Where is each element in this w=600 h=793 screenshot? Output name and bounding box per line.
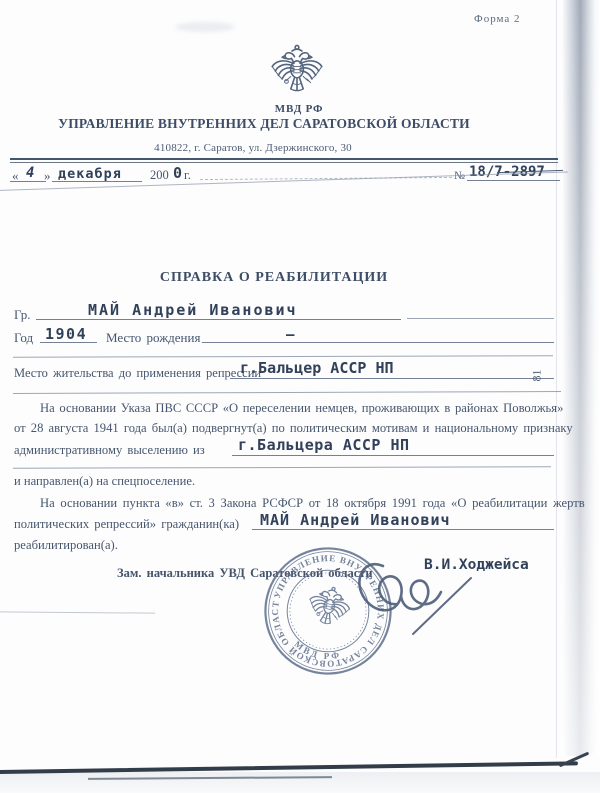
date-year-printed: 200	[150, 168, 169, 183]
date-month-underline	[52, 181, 142, 182]
empty-line-2	[13, 466, 551, 469]
birth-year-underline	[40, 342, 97, 343]
paragraph1-line3-label: административному выселению из	[14, 443, 205, 458]
residence-label: Место жительства до применения репрессии	[14, 366, 261, 381]
bottom-scan-strip	[0, 772, 600, 793]
paragraph1-line2: от 28 августа 1941 года был(а) подвергну…	[14, 421, 573, 436]
artifact-smudge	[175, 22, 235, 32]
header-rule-thick	[10, 158, 558, 160]
page-fold-line	[556, 0, 557, 758]
date-year-suffix: г.	[184, 168, 191, 183]
artifact-stray-line	[0, 611, 155, 613]
header-rule-thin	[10, 162, 558, 163]
separator-line-wavy	[13, 391, 561, 394]
paragraph2-line2-label: политических репрессий» гражданин(ка)	[14, 517, 239, 532]
department-name: УПРАВЛЕНИЕ ВНУТРЕННИХ ДЕЛ САРАТОВСКОЙ ОБ…	[0, 116, 528, 132]
deported-from-value: г.Бальцера АССР НП	[238, 436, 410, 454]
empty-continuation-line	[13, 355, 553, 358]
document-page: Форма 2 МВД РФ УПРАВЛЕНИЕ ВНУТРЕННИХ ДЕЛ…	[0, 0, 600, 793]
date-close-quote: »	[44, 168, 51, 184]
residence-value: г.Бальцер АССР НП	[240, 359, 394, 377]
coat-of-arms-emblem	[266, 43, 328, 105]
doc-number-underline	[467, 180, 560, 181]
citizen-underline-1	[36, 319, 401, 320]
paragraph1-closing: и направлен(а) на спецпоселение.	[14, 474, 195, 489]
citizen-underline-2	[407, 318, 554, 319]
paragraph1-line1: На основании Указа ПВС СССР «О переселен…	[40, 401, 563, 416]
residence-underline	[230, 378, 554, 379]
birthplace-underline	[202, 342, 554, 343]
address-line: 410822, г. Саратов, ул. Дзержинского, 30	[0, 142, 506, 154]
date-day-underline	[10, 181, 46, 182]
rehabilitated-name-underline	[252, 529, 554, 530]
birthplace-label: Место рождения	[106, 330, 200, 346]
date-month-value: декабря	[58, 166, 122, 182]
form-number-label: Форма 2	[474, 13, 521, 25]
deported-from-underline	[232, 455, 554, 456]
agency-name: МВД РФ	[99, 103, 499, 115]
doc-title: СПРАВКА О РЕАБИЛИТАЦИИ	[24, 270, 524, 286]
date-year-digit: 0	[173, 164, 182, 182]
page-edge-highlight	[562, 0, 600, 756]
rehabilitated-name-value: МАЙ Андрей Иванович	[260, 511, 451, 529]
birthplace-value: —	[286, 327, 294, 343]
page-margin-number: 81	[530, 370, 545, 382]
citizen-name-value: МАЙ Андрей Иванович	[88, 301, 298, 319]
birth-year-value: 1904	[45, 325, 87, 343]
citizen-label: Гр.	[14, 307, 30, 323]
date-day-value: 4	[26, 165, 34, 181]
paragraph2-closing: реабилитирован(а).	[14, 538, 118, 553]
signature	[345, 548, 505, 643]
paragraph2-line1: На основании пункта «в» ст. 3 Закона РСФ…	[40, 496, 585, 511]
birth-year-label: Год	[14, 330, 33, 346]
